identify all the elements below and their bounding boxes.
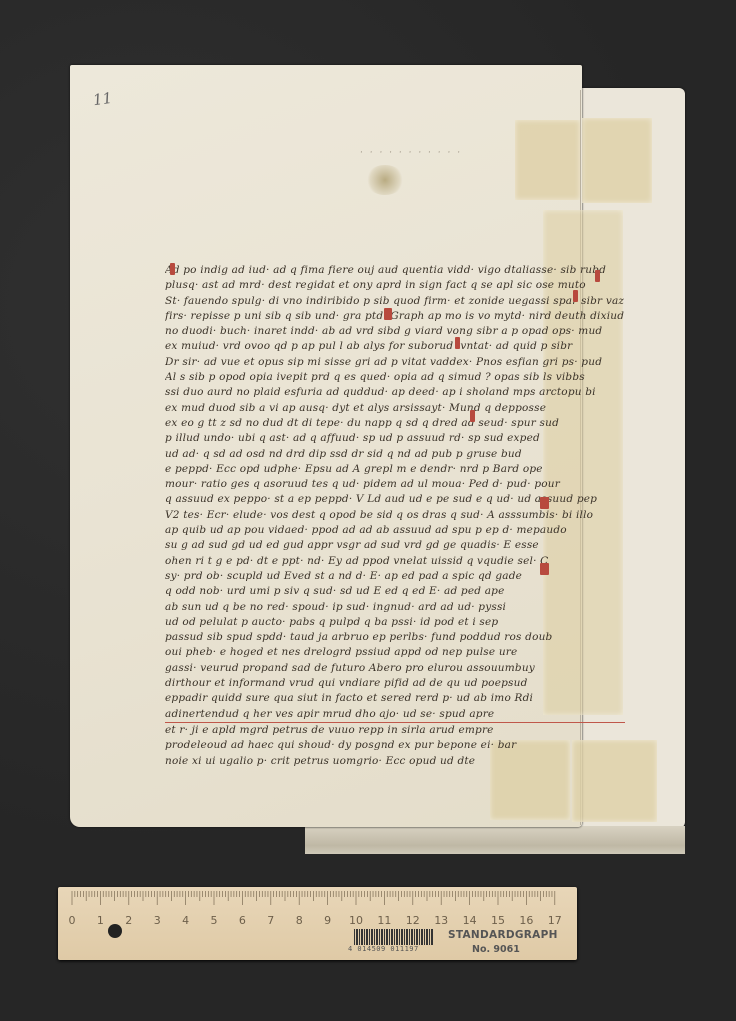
manuscript-line: passud sib spud spdd· taud ja arbruo ep …	[165, 630, 625, 645]
ruler-hole	[108, 924, 122, 938]
ruler-number: 9	[324, 914, 331, 927]
ruler-number: 4	[182, 914, 189, 927]
ruler-number: 6	[239, 914, 246, 927]
ruler-number: 16	[519, 914, 533, 927]
manuscript-line: Ad po indig ad iud· ad q fima fiere ouj …	[165, 263, 625, 278]
manuscript-line: firs· repisse p uni sib q sib und· gra p…	[165, 309, 625, 324]
manuscript-line: ap quib ud ap pou vidaed· ppod ad ad ab …	[165, 523, 625, 538]
ruler-number: 0	[69, 914, 76, 927]
manuscript-line: St· fauendo spulg· di vno indiribido p s…	[165, 294, 625, 309]
ruler-number: 7	[267, 914, 274, 927]
manuscript-line: eppadir quidd sure qua siut in facto et …	[165, 691, 625, 706]
rubric-mark	[384, 308, 392, 320]
ruler-number: 3	[154, 914, 161, 927]
manuscript-line: ud ad· q sd ad osd nd drd dip ssd dr sid…	[165, 447, 625, 462]
manuscript-line: V2 tes· Ecr· elude· vos dest q opod be s…	[165, 508, 625, 523]
stain	[365, 165, 405, 195]
manuscript-line: dirthour et informand vrud qui vndiare p…	[165, 676, 625, 691]
folio-number: 11	[92, 89, 113, 109]
rubric-mark	[573, 290, 578, 302]
repair-tape-top-right	[582, 118, 652, 203]
faded-header-text: · · · · · · · · · · ·	[360, 148, 462, 158]
ruler-number: 2	[125, 914, 132, 927]
ruler-number: 1	[97, 914, 104, 927]
manuscript-line: plusq· ast ad mrd· dest regidat et ony a…	[165, 278, 625, 293]
scale-ruler: 01234567891011121314151617 4 014509 0111…	[58, 887, 577, 960]
manuscript-line: q odd nob· urd umi p siv q sud· sd ud E …	[165, 584, 625, 599]
manuscript-line: oui pheb· e hoged et nes drelogrd pssiud…	[165, 645, 625, 660]
manuscript-line: e peppd· Ecc opd udphe· Epsu ad A grepl …	[165, 462, 625, 477]
barcode	[354, 929, 434, 945]
leaf-bottom-strip	[305, 826, 685, 854]
ruler-number: 8	[296, 914, 303, 927]
ruler-number: 5	[211, 914, 218, 927]
rubric-mark	[455, 337, 460, 349]
manuscript-line: Al s sib p opod opia ivepit prd q es que…	[165, 370, 625, 385]
manuscript-line: Dr sir· ad vue et opus sip mi sisse gri …	[165, 355, 625, 370]
ruler-number: 11	[377, 914, 391, 927]
rubric-mark	[540, 563, 549, 575]
manuscript-line: p illud undo· ubi q ast· ad q affuud· sp…	[165, 431, 625, 446]
ruler-ticks	[58, 887, 577, 911]
manuscript-line: ex muiud· vrd ovoo qd p ap pul l ab alys…	[165, 339, 625, 354]
manuscript-line: q assuud ex peppo· st a ep peppd· V Ld a…	[165, 492, 625, 507]
ruler-number: 17	[548, 914, 562, 927]
repair-tape-top-left	[515, 120, 580, 200]
barcode-digits: 4 014509 011197	[348, 945, 419, 953]
ruler-number: 15	[491, 914, 505, 927]
manuscript-line: ex eo g tt z sd no dud dt di tepe· du na…	[165, 416, 625, 431]
ruler-model: No. 9061	[472, 944, 520, 955]
manuscript-line: noie xi ui ugalio p· crit petrus uomgrio…	[165, 754, 625, 769]
ruler-brand: STANDARDGRAPH	[448, 929, 558, 941]
manuscript-line: sy· prd ob· scupld ud Eved st a nd d· E·…	[165, 569, 625, 584]
manuscript-line: mour· ratio ges q asoruud tes q ud· pide…	[165, 477, 625, 492]
ruler-number: 10	[349, 914, 363, 927]
rubric-mark	[540, 497, 549, 509]
rubric-mark	[595, 270, 600, 282]
manuscript-line: su g ad sud gd ud ed gud appr vsgr ad su…	[165, 538, 625, 553]
manuscript-line: ex mud duod sib a vi ap ausq· dyt et aly…	[165, 401, 625, 416]
rubric-initial-mark	[170, 263, 175, 275]
ruler-number: 14	[463, 914, 477, 927]
ruler-number: 13	[434, 914, 448, 927]
manuscript-line: ssi duo aurd no plaid esfuria ad quddud·…	[165, 385, 625, 400]
manuscript-line: ud od pelulat p aucto· pabs q pulpd q ba…	[165, 615, 625, 630]
rubric-mark	[470, 410, 475, 422]
manuscript-line: gassi· veurud propand sad de futuro Aber…	[165, 661, 625, 676]
manuscript-line: et r· ji e apld mgrd petrus de vuuo repp…	[165, 723, 625, 738]
manuscript-line: prodeleoud ad haec qui shoud· dy posgnd …	[165, 738, 625, 753]
manuscript-line: no duodi· buch· inaret indd· ab ad vrd s…	[165, 324, 625, 339]
manuscript-line: ohen ri t g e pd· dt e ppt· nd· Ey ad pp…	[165, 554, 625, 569]
manuscript-line: adinertendud q her ves apir mrud dho ajo…	[165, 707, 625, 723]
ruler-number: 12	[406, 914, 420, 927]
manuscript-text-block: Ad po indig ad iud· ad q fima fiere ouj …	[165, 263, 625, 769]
manuscript-line: ab sun ud q be no red· spoud· ip sud· in…	[165, 600, 625, 615]
